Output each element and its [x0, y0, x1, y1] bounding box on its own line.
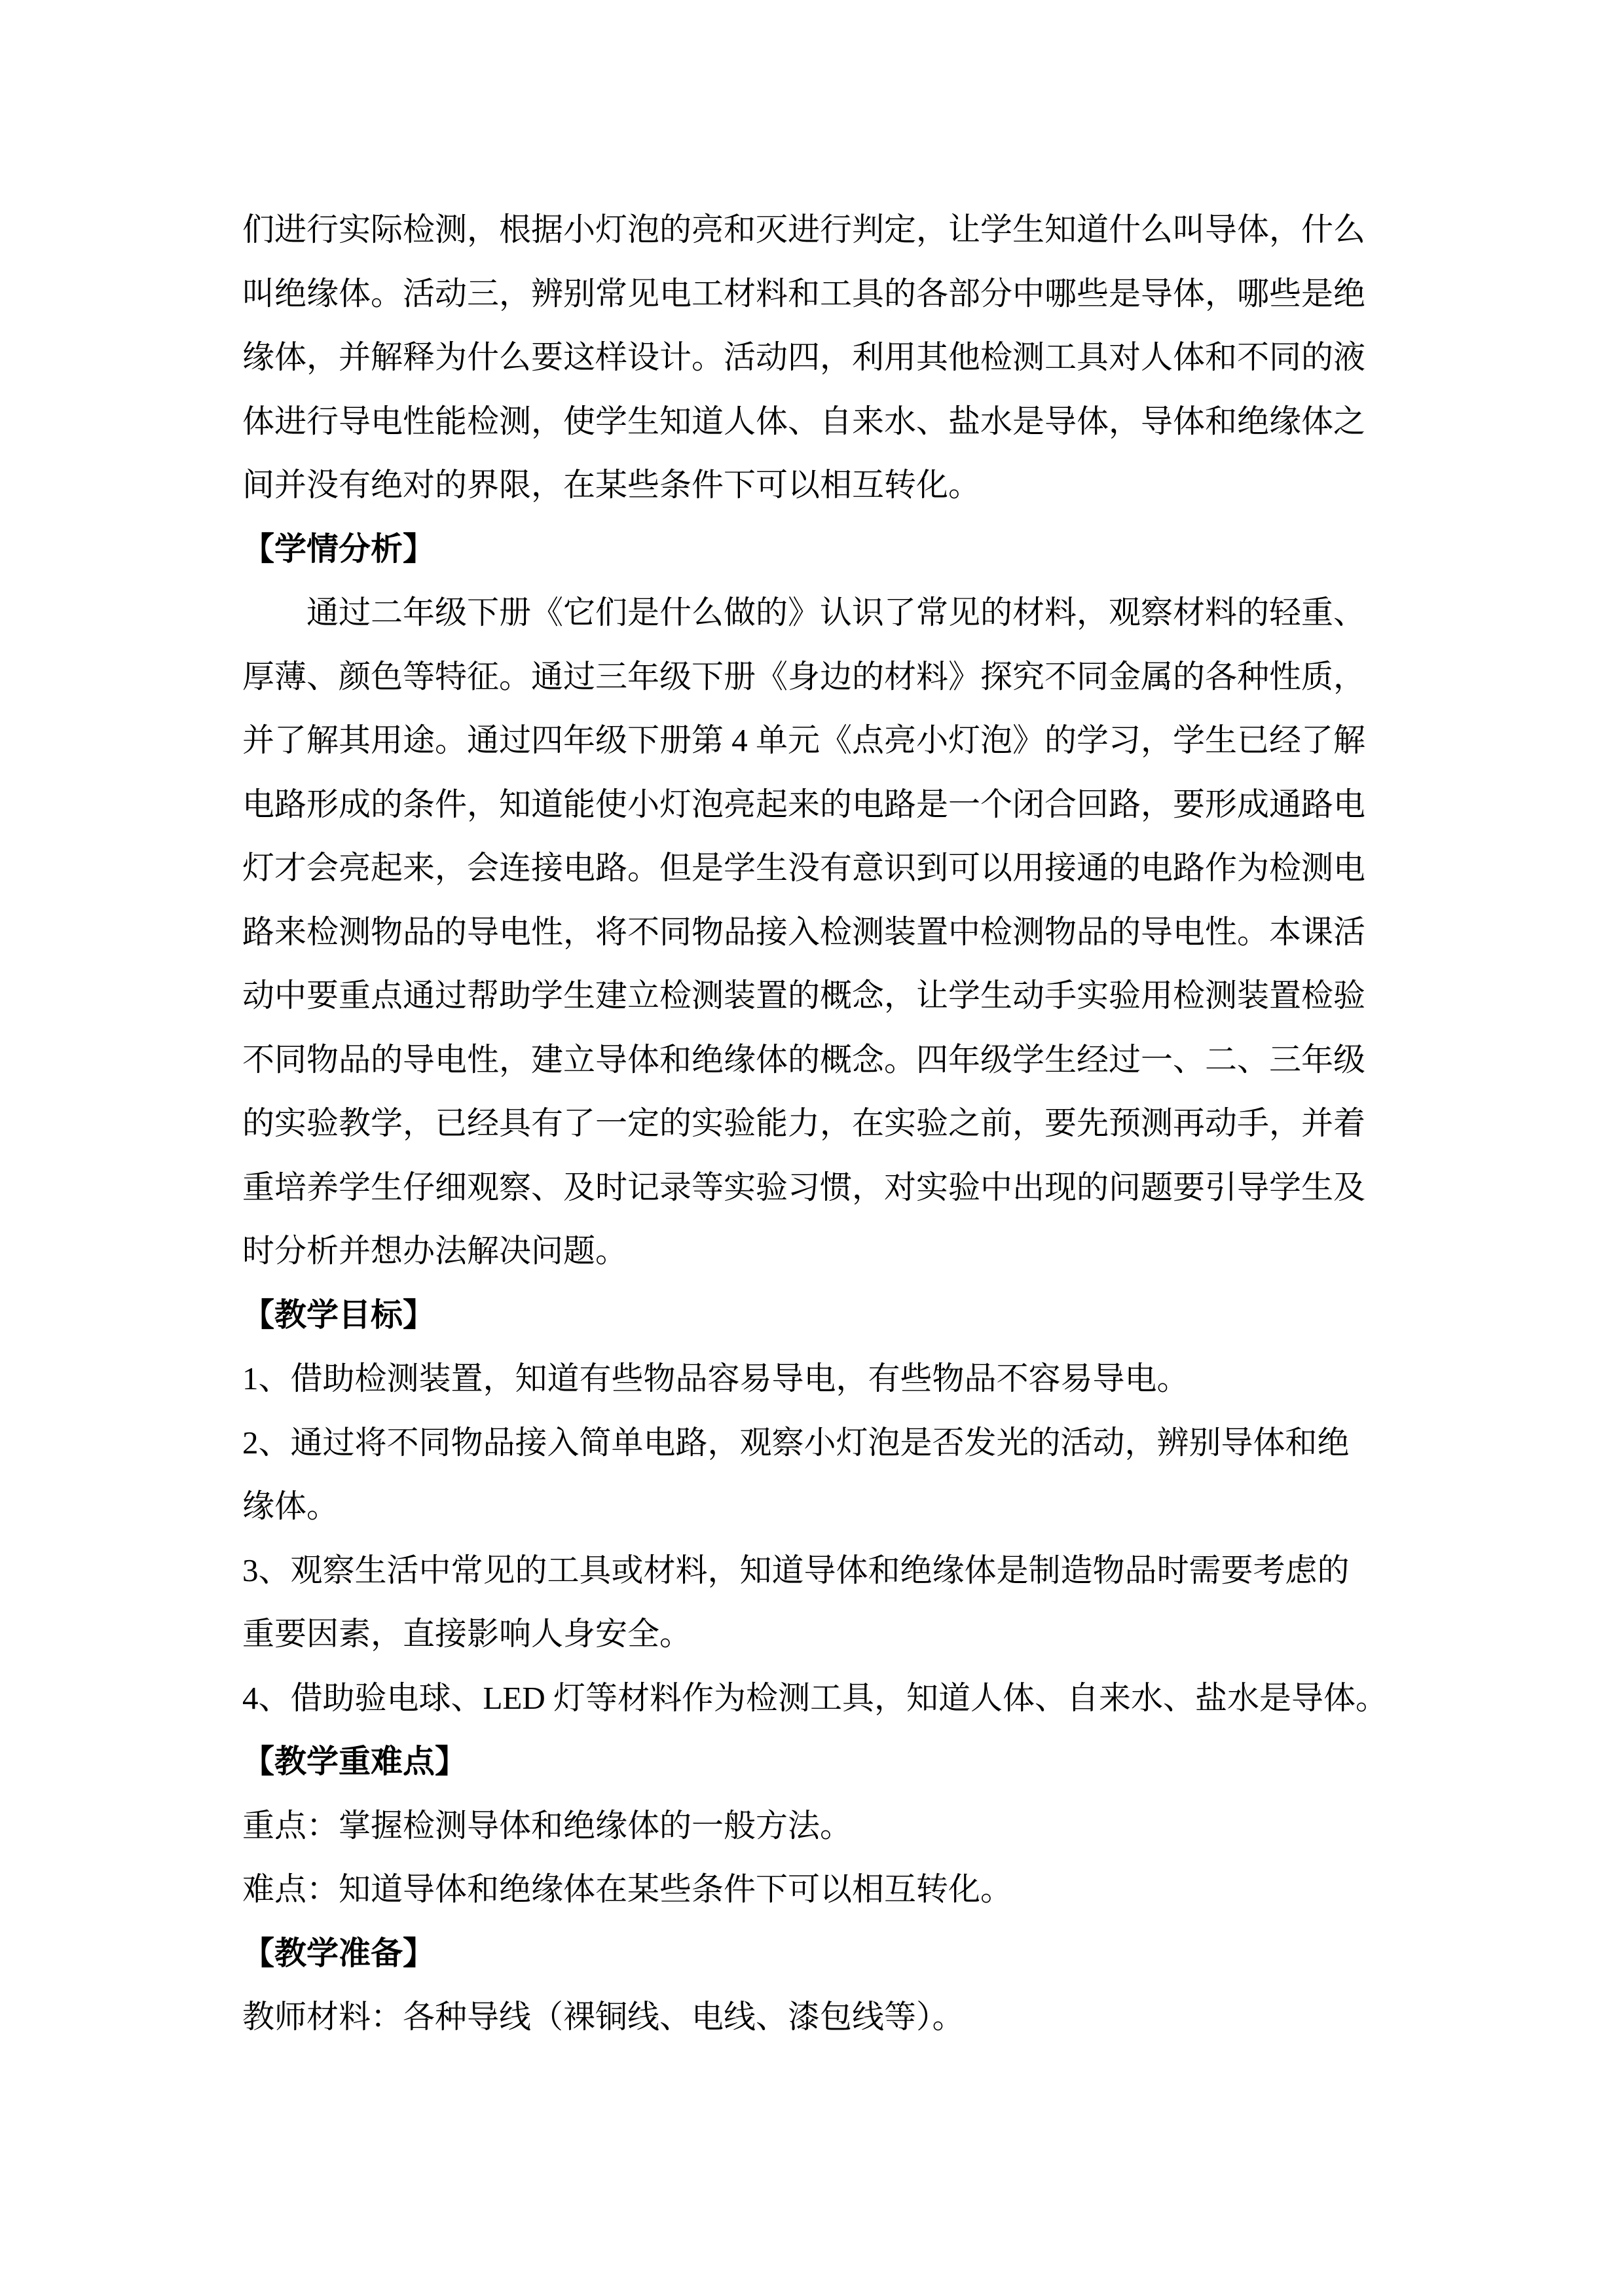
body-line: 间并没有绝对的界限，在某些条件下可以相互转化。: [242, 453, 1382, 517]
list-item-1: 1、借助检测装置，知道有些物品容易导电，有些物品不容易导电。: [242, 1347, 1382, 1411]
body-line: 电路形成的条件，知道能使小灯泡亮起来的电路是一个闭合回路，要形成通路电: [242, 773, 1382, 837]
body-line: 重要因素，直接影响人身安全。: [242, 1602, 1382, 1666]
body-line: 路来检测物品的导电性，将不同物品接入检测装置中检测物品的导电性。本课活: [242, 900, 1382, 964]
section-heading-xueqing-fenxi: 【学情分析】: [242, 517, 1382, 581]
list-item-2: 2、通过将不同物品接入简单电路，观察小灯泡是否发光的活动，辨别导体和绝: [242, 1411, 1382, 1475]
body-line: 的实验教学，已经具有了一定的实验能力，在实验之前，要先预测再动手，并着: [242, 1091, 1382, 1156]
section-heading-jiaoxue-mubiao: 【教学目标】: [242, 1283, 1382, 1347]
body-line: 叫绝缘体。活动三，辨别常见电工材料和工具的各部分中哪些是导体，哪些是绝: [242, 262, 1382, 326]
section-heading-jiaoxue-zhunbei: 【教学准备】: [242, 1922, 1382, 1986]
body-line: 们进行实际检测，根据小灯泡的亮和灭进行判定，让学生知道什么叫导体，什么: [242, 198, 1382, 262]
body-line: 通过二年级下册《它们是什么做的》认识了常见的材料，观察材料的轻重、: [242, 581, 1382, 645]
body-line: 教师材料：各种导线（裸铜线、电线、漆包线等）。: [242, 1985, 1382, 2049]
body-line: 并了解其用途。通过四年级下册第 4 单元《点亮小灯泡》的学习，学生已经了解: [242, 708, 1382, 773]
body-line: 动中要重点通过帮助学生建立检测装置的概念，让学生动手实验用检测装置检验: [242, 964, 1382, 1028]
section-heading-jiaoxue-zhongnandian: 【教学重难点】: [242, 1730, 1382, 1794]
list-item-3: 3、观察生活中常见的工具或材料，知道导体和绝缘体是制造物品时需要考虑的: [242, 1539, 1382, 1603]
body-line: 重培养学生仔细观察、及时记录等实验习惯，对实验中出现的问题要引导学生及: [242, 1156, 1382, 1220]
document-content: 们进行实际检测，根据小灯泡的亮和灭进行判定，让学生知道什么叫导体，什么 叫绝缘体…: [242, 198, 1382, 2049]
body-line: 灯才会亮起来，会连接电路。但是学生没有意识到可以用接通的电路作为检测电: [242, 836, 1382, 900]
document-page: 们进行实际检测，根据小灯泡的亮和灭进行判定，让学生知道什么叫导体，什么 叫绝缘体…: [0, 0, 1624, 2296]
body-line: 难点：知道导体和绝缘体在某些条件下可以相互转化。: [242, 1857, 1382, 1922]
body-line: 体进行导电性能检测，使学生知道人体、自来水、盐水是导体，导体和绝缘体之: [242, 390, 1382, 454]
body-line: 重点：掌握检测导体和绝缘体的一般方法。: [242, 1794, 1382, 1858]
body-line: 缘体。: [242, 1474, 1382, 1539]
body-line: 厚薄、颜色等特征。通过三年级下册《身边的材料》探究不同金属的各种性质，: [242, 645, 1382, 709]
body-line: 缘体，并解释为什么要这样设计。活动四，利用其他检测工具对人体和不同的液: [242, 325, 1382, 390]
body-line: 时分析并想办法解决问题。: [242, 1219, 1382, 1283]
body-line: 不同物品的导电性，建立导体和绝缘体的概念。四年级学生经过一、二、三年级: [242, 1028, 1382, 1092]
list-item-4: 4、借助验电球、LED 灯等材料作为检测工具，知道人体、自来水、盐水是导体。: [242, 1666, 1382, 1730]
